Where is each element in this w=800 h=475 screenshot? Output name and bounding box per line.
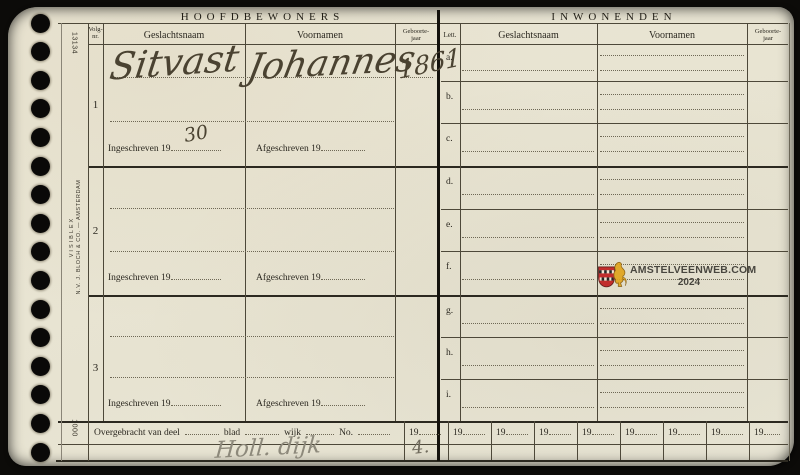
- year-prefix: 19: [539, 428, 549, 438]
- rule-line: [460, 23, 461, 421]
- rule-line: [597, 23, 598, 421]
- col-header-geboortejaar-right: Geboorte- jaar: [747, 28, 789, 42]
- writing-line: [462, 151, 594, 152]
- ingeschreven-field: Ingeschreven 19: [108, 270, 221, 283]
- rule-line: [577, 421, 578, 460]
- punch-hole: [31, 414, 50, 433]
- rule-line: [441, 81, 788, 82]
- section-title-inwonenden: INWONENDEN: [440, 11, 788, 23]
- handwritten-ingeschreven-year: 30: [182, 121, 210, 147]
- register-card: 13134 VISIBLEX N.V. J. BLOCH & CO. — AMS…: [8, 7, 794, 466]
- writing-line: [600, 136, 744, 137]
- writing-line: [462, 407, 594, 408]
- col-header-voornamen-left: Voornamen: [245, 30, 395, 41]
- dotted-leader: [592, 425, 614, 435]
- year-cell: 19: [496, 425, 528, 438]
- writing-line: [600, 109, 744, 110]
- transfer-label: Overgebracht van deel: [94, 428, 180, 438]
- writing-line: [110, 377, 394, 378]
- lodger-letter: f.: [446, 262, 452, 272]
- imprint-line2: N.V. J. BLOCH & CO. — AMSTERDAM: [76, 180, 83, 295]
- year-prefix: 19: [668, 428, 678, 438]
- year-cell: 19: [754, 425, 780, 438]
- rule-line: [441, 251, 788, 252]
- writing-line: [600, 308, 744, 309]
- rule-line: [749, 421, 750, 460]
- dotted-leader: [321, 141, 365, 151]
- lion-icon: [612, 261, 628, 289]
- rule-line: [441, 337, 788, 338]
- col-header-volgnr: Volg- nr.: [88, 26, 103, 40]
- punch-hole: [31, 99, 50, 118]
- dotted-leader: [321, 270, 365, 280]
- punch-hole: [31, 328, 50, 347]
- watermark-year: 2024: [630, 277, 748, 288]
- year-prefix: 19: [453, 428, 463, 438]
- dotted-leader: [358, 425, 390, 435]
- dotted-leader: [506, 425, 528, 435]
- dotted-leader: [463, 425, 485, 435]
- writing-line: [600, 70, 744, 71]
- dotted-leader: [549, 425, 571, 435]
- scan-page: { "strip": { "form_number_top": "13134",…: [0, 0, 800, 475]
- year-prefix: 19: [625, 428, 635, 438]
- printer-imprint: VISIBLEX N.V. J. BLOCH & CO. — AMSTERDAM: [69, 180, 83, 295]
- year-prefix: 19: [582, 428, 592, 438]
- dotted-leader: [185, 425, 219, 435]
- punch-hole: [31, 271, 50, 290]
- col-header-gj-line2: jaar: [747, 35, 789, 42]
- writing-line: [600, 365, 744, 366]
- ingeschreven-field: Ingeschreven 19: [108, 396, 221, 409]
- watermark-site: AMSTELVEENWEB.COM: [630, 264, 756, 276]
- dotted-leader: [171, 270, 221, 280]
- form-number-top: 13134: [71, 32, 78, 54]
- punch-hole: [31, 443, 50, 462]
- writing-line: [600, 222, 744, 223]
- year-prefix: 19: [711, 428, 721, 438]
- punch-hole: [31, 157, 50, 176]
- year-cell: 19: [582, 425, 614, 438]
- rule-line: [441, 123, 788, 124]
- writing-line: [600, 323, 744, 324]
- lodger-letter: g.: [446, 306, 453, 316]
- writing-line: [600, 407, 744, 408]
- dotted-leader: [721, 425, 743, 435]
- rule-line: [395, 23, 396, 421]
- lodger-letter: h.: [446, 348, 453, 358]
- writing-line: [600, 350, 744, 351]
- afgeschreven-field: Afgeschreven 19: [256, 270, 365, 283]
- punch-hole: [31, 357, 50, 376]
- watermark: AMSTELVEENWEB.COM 2024: [596, 261, 766, 295]
- punch-hole: [31, 385, 50, 404]
- row-number: 2: [88, 225, 103, 237]
- writing-line: [600, 237, 744, 238]
- rule-line: [491, 421, 492, 460]
- rule-line: [441, 209, 788, 210]
- year-cell: 19: [539, 425, 571, 438]
- afgeschreven-field: Afgeschreven 19: [256, 396, 365, 409]
- year-cell: 19: [453, 425, 485, 438]
- col-header-voornamen-right: Voornamen: [597, 30, 747, 41]
- year-cell: 19: [711, 425, 743, 438]
- dotted-leader: [678, 425, 700, 435]
- rule-line: [58, 421, 788, 423]
- writing-line: [600, 194, 744, 195]
- ingeschreven-label: Ingeschreven 19: [108, 399, 171, 409]
- rule-line: [448, 421, 449, 460]
- punch-hole: [31, 300, 50, 319]
- punch-hole: [31, 14, 50, 33]
- writing-line: [462, 70, 594, 71]
- punch-hole: [31, 185, 50, 204]
- afgeschreven-label: Afgeschreven 19: [256, 144, 321, 154]
- writing-line: [462, 279, 594, 280]
- dotted-leader: [321, 396, 365, 406]
- punch-hole: [31, 42, 50, 61]
- row-number: 1: [88, 99, 103, 111]
- lodger-letter: e.: [446, 220, 453, 230]
- rule-line: [88, 23, 89, 461]
- afgeschreven-label: Afgeschreven 19: [256, 273, 321, 283]
- lodger-letter: i.: [446, 390, 451, 400]
- row-number: 3: [88, 362, 103, 374]
- year-cell: 19: [625, 425, 657, 438]
- ingeschreven-label: Ingeschreven 19: [108, 273, 171, 283]
- handwritten-surname: Sitvast: [107, 36, 242, 89]
- col-header-geslachtsnaam-right: Geslachtsnaam: [460, 30, 597, 41]
- rule-line: [663, 421, 664, 460]
- section-title-hoofdbewoners: HOOFDBEWONERS: [88, 11, 437, 23]
- rule-line: [534, 421, 535, 460]
- section-divider: [437, 10, 440, 461]
- afgeschreven-field: Afgeschreven 19: [256, 141, 365, 154]
- year-prefix: 19: [754, 428, 764, 438]
- rule-line: [441, 379, 788, 380]
- col-header-gj-line1: Geboorte-: [747, 28, 789, 35]
- rule-line: [103, 23, 104, 421]
- dotted-leader: [764, 425, 780, 435]
- col-header-volgnr-line1: Volg-: [88, 26, 103, 33]
- writing-line: [600, 55, 744, 56]
- writing-line: [110, 208, 394, 209]
- rule-line: [747, 23, 748, 421]
- writing-line: [110, 251, 394, 252]
- handwritten-firstname: Johannes: [244, 38, 419, 88]
- writing-line: [110, 336, 394, 337]
- dotted-leader: [635, 425, 657, 435]
- dotted-leader: [245, 425, 279, 435]
- rule-line: [58, 23, 788, 24]
- rule-line: [620, 421, 621, 460]
- no-label: No.: [339, 428, 353, 438]
- year-prefix: 19: [496, 428, 506, 438]
- handwritten-house-number: 4.: [411, 436, 430, 459]
- punch-hole: [31, 242, 50, 261]
- ingeschreven-label: Ingeschreven 19: [108, 144, 171, 154]
- punch-hole: [31, 128, 50, 147]
- writing-line: [110, 121, 394, 122]
- punch-hole: [31, 71, 50, 90]
- lodger-letter: a.: [446, 53, 453, 63]
- afgeschreven-label: Afgeschreven 19: [256, 399, 321, 409]
- lodger-letter: d.: [446, 177, 453, 187]
- writing-line: [462, 323, 594, 324]
- imprint-line1: VISIBLEX: [69, 180, 76, 295]
- writing-line: [600, 392, 744, 393]
- writing-line: [462, 109, 594, 110]
- writing-line: [600, 179, 744, 180]
- rule-line: [61, 23, 62, 461]
- col-header-lett: Lett.: [440, 31, 460, 39]
- dotted-leader: [171, 396, 221, 406]
- rule-line: [404, 421, 405, 460]
- dotted-leader: [419, 425, 441, 435]
- lodger-letter: c.: [446, 134, 453, 144]
- rule-line: [56, 460, 788, 462]
- rule-line: [789, 23, 790, 461]
- col-header-volgnr-line2: nr.: [88, 33, 103, 40]
- writing-line: [462, 237, 594, 238]
- writing-line: [462, 365, 594, 366]
- writing-line: [600, 94, 744, 95]
- lodger-letter: b.: [446, 92, 453, 102]
- writing-line: [600, 151, 744, 152]
- writing-line: [462, 194, 594, 195]
- year-cell: 19: [668, 425, 700, 438]
- rule-line: [706, 421, 707, 460]
- col-header-gj-line1: Geboorte-: [395, 28, 437, 35]
- punch-hole: [31, 214, 50, 233]
